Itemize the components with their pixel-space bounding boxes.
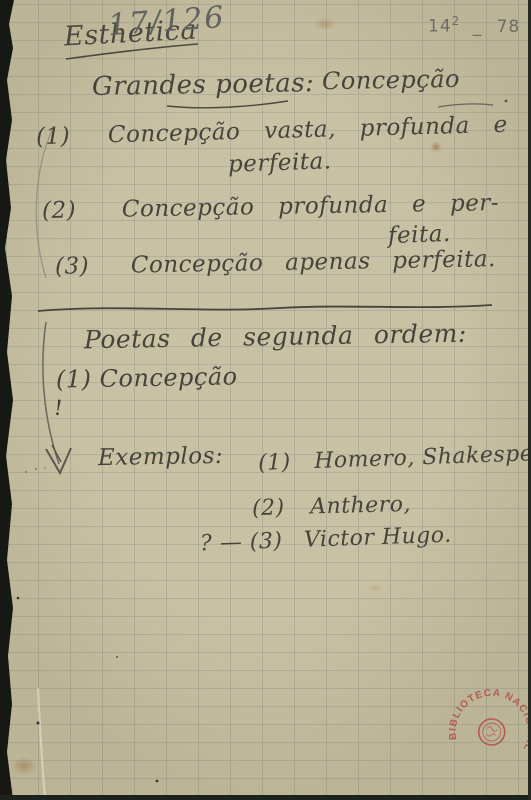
exclamation-mark: ! [52, 395, 64, 420]
item-text: Concepção apenas perfeita. [131, 246, 496, 278]
heading-second-order: Poetas de segunda ordem: [84, 319, 467, 355]
example-text: Victor Hugo. [304, 523, 453, 553]
svg-text:BIBLIOTECA NACIONAL: BIBLIOTECA NACIONAL [446, 682, 531, 754]
item-number: (3) [55, 253, 90, 280]
scan-bottom-edge [0, 795, 531, 800]
section-divider [38, 305, 492, 311]
example-number: (2) [252, 495, 285, 521]
example-text: Anthero, [310, 492, 411, 520]
example-row: (2) Anthero, [252, 492, 412, 521]
paper-crease [38, 688, 45, 798]
ink-dot [505, 100, 508, 103]
pencil-dot [35, 468, 37, 470]
pencil-dot [25, 471, 27, 473]
item-number: (1) [36, 123, 71, 150]
item-continuation: perfeita. [228, 148, 332, 178]
stamp-crest-detail [486, 726, 497, 737]
concepcao-underline [438, 104, 493, 107]
stamp-crest-outer [477, 717, 506, 746]
folio-superscript: 2 [452, 14, 461, 28]
example-number: ? — (3) [200, 529, 283, 557]
poetas-underline [167, 101, 288, 108]
item-continuation: feita. [388, 221, 452, 249]
folio-number: 142 _ 78 [428, 14, 520, 37]
speck [156, 780, 159, 783]
speck [37, 722, 40, 725]
pencil-dot [44, 467, 46, 469]
folio-separator: _ [473, 17, 483, 37]
item-text: Concepção vasta, profunda e [108, 112, 508, 148]
heading-topic: Concepção [322, 65, 460, 95]
examples-label: Exemplos: [98, 443, 224, 471]
speck [116, 656, 118, 658]
arrowhead-stroke [52, 445, 61, 462]
catalog-number: 17/126 [107, 0, 227, 43]
list-item: (2) Concepção profunda e per- [42, 190, 499, 224]
example-row: ? — (3) Victor Hugo. [200, 523, 452, 557]
torn-left-edge [0, 0, 15, 800]
manuscript-page: Esthetica 17/126 142 _ 78 Grandes poetas… [0, 0, 531, 800]
library-stamp: BIBLIOTECA NACIONAL [438, 676, 531, 784]
heading-great-poets: Grandes poetas: [92, 68, 315, 102]
stamp-text: BIBLIOTECA NACIONAL [446, 682, 531, 754]
folio-page: 78 [497, 17, 521, 37]
speck [17, 597, 20, 600]
item-number: (2) [42, 197, 77, 224]
stamp-crest-inner [482, 722, 502, 742]
example-row: (1) Homero, Shakespe. [258, 441, 531, 476]
arrowhead [46, 448, 71, 473]
list-item: (3) Concepção apenas perfeita. [55, 246, 496, 280]
example-text: Homero, Shakespe. [314, 441, 531, 474]
folio-base: 14 [428, 17, 452, 37]
example-number: (1) [258, 450, 292, 476]
item-text: Concepção profunda e per- [122, 190, 500, 223]
list-item: (1) Concepção vasta, profunda e [36, 112, 508, 150]
second-order-item: (1) Concepção [56, 362, 238, 393]
